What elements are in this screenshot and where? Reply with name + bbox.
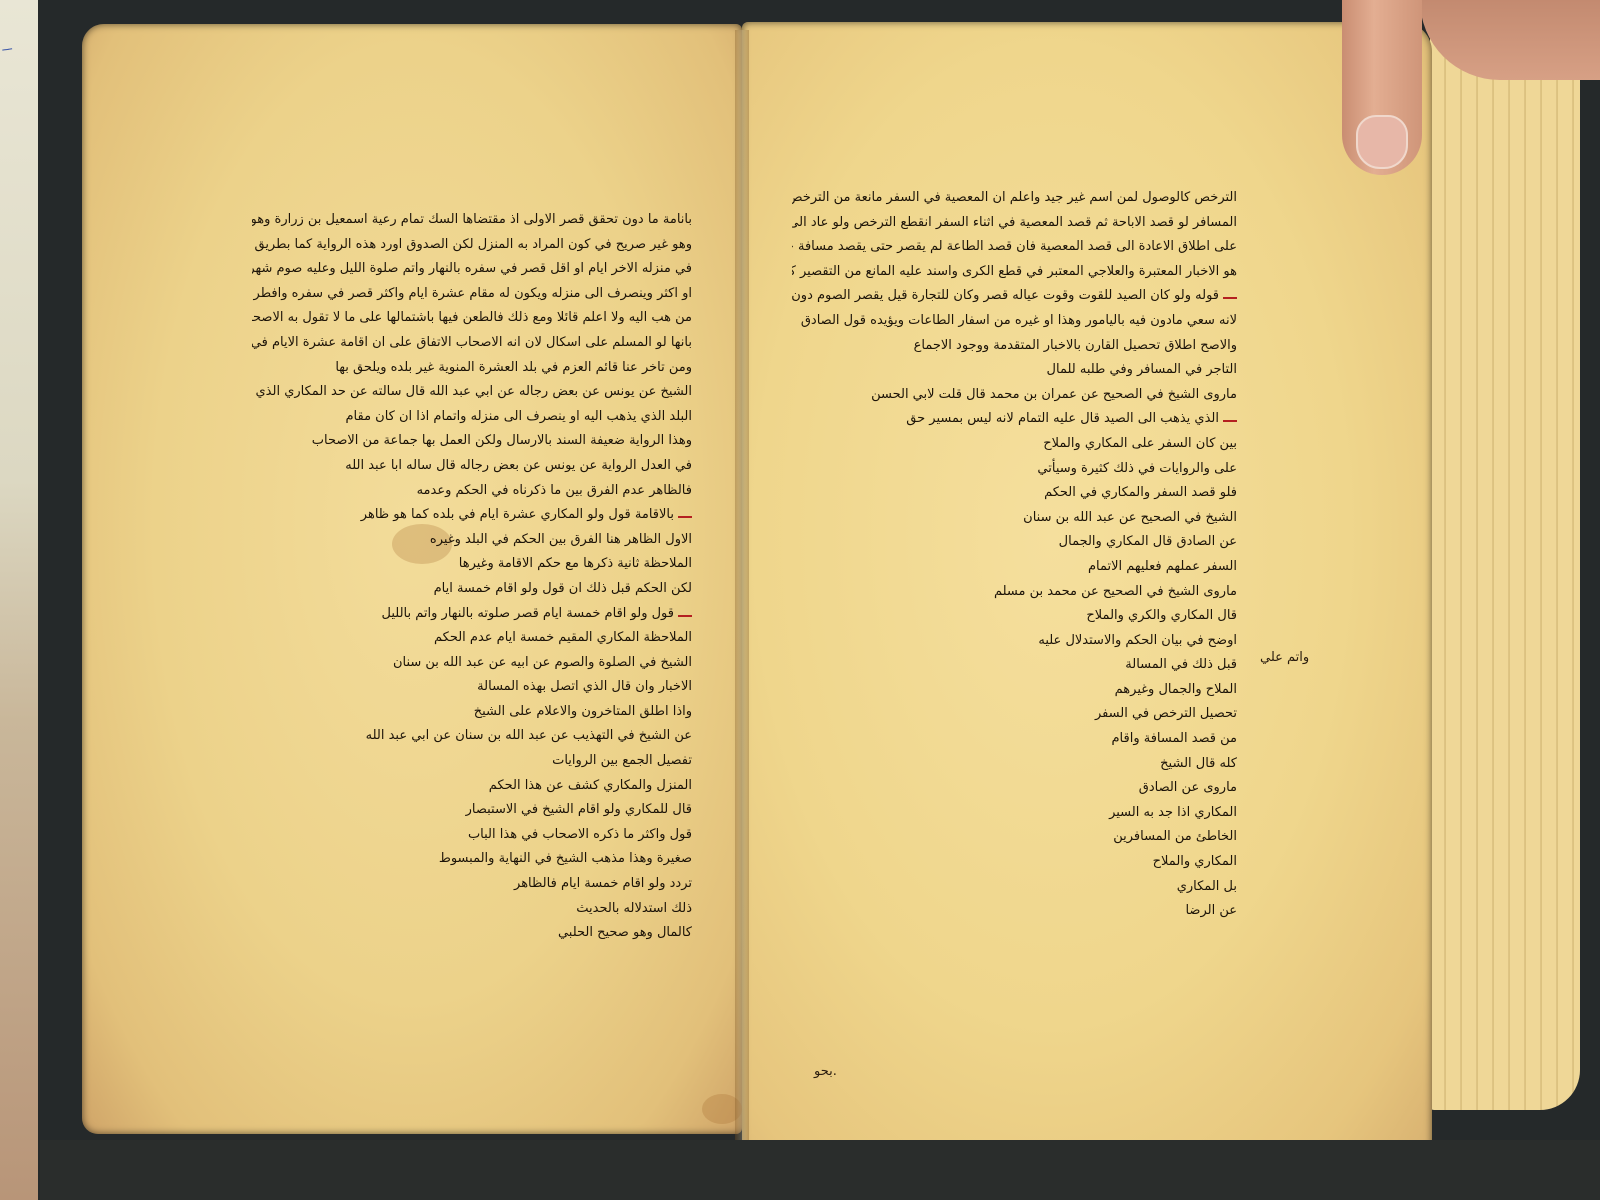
manuscript-line: قول واكثر ما ذكره الاصحاب في هذا الباب xyxy=(252,823,692,848)
manuscript-line: الخاطئ من المسافرين xyxy=(792,825,1237,850)
manuscript-line: عن الرضا xyxy=(792,899,1237,924)
desk-note-handwriting: ـــ xyxy=(1,39,12,53)
manuscript-line: التاجر في المسافر وفي طلبه للمال xyxy=(792,358,1237,383)
manuscript-line: قول ولو اقام خمسة ايام قصر صلوته بالنهار… xyxy=(252,602,692,627)
thumb-holding-page xyxy=(1342,0,1422,175)
manuscript-line: فالظاهر عدم الفرق بين ما ذكرناه في الحكم… xyxy=(252,479,692,504)
manuscript-line: بين كان السفر على المكاري والملاح xyxy=(792,432,1237,457)
manuscript-line: كله قال الشيخ xyxy=(792,752,1237,777)
manuscript-line: على اطلاق الاعادة الى قصد المعصية فان قص… xyxy=(792,235,1237,260)
manuscript-line: الذي يذهب الى الصيد قال عليه التمام لانه… xyxy=(792,407,1237,432)
manuscript-line: عن الشيخ في التهذيب عن عبد الله بن سنان … xyxy=(252,724,692,749)
manuscript-line: الاول الظاهر هنا الفرق بين الحكم في البل… xyxy=(252,528,692,553)
manuscript-line: قبل ذلك في المسالة xyxy=(792,653,1237,678)
manuscript-line: ماروى عن الصادق xyxy=(792,776,1237,801)
right-page-text-block: الترخص كالوصول لمن اسم غير جيد واعلم ان … xyxy=(792,186,1237,973)
manuscript-line: المكاري والملاح xyxy=(792,850,1237,875)
manuscript-line: الشيخ في الصلوة والصوم عن ابيه عن عبد ال… xyxy=(252,651,692,676)
manuscript-line: بل المكاري xyxy=(792,875,1237,900)
manuscript-line: الترخص كالوصول لمن اسم غير جيد واعلم ان … xyxy=(792,186,1237,211)
folio-catchword: .بحو xyxy=(814,1064,837,1079)
manuscript-line: البلد الذي يذهب اليه او ينصرف الى منزله … xyxy=(252,405,692,430)
manuscript-line: بالاقامة قول ولو المكاري عشرة ايام في بل… xyxy=(252,503,692,528)
manuscript-line: المكاري اذا جد به السير xyxy=(792,801,1237,826)
manuscript-line: تردد ولو اقام خمسة ايام فالظاهر xyxy=(252,872,692,897)
manuscript-line: فلو قصد السفر والمكاري في الحكم xyxy=(792,481,1237,506)
desk-paper: ـــ xyxy=(0,0,40,1200)
book-gutter xyxy=(735,30,749,1140)
manuscript-line: هو الاخبار المعتبرة والعلاجي المعتبر في … xyxy=(792,260,1237,285)
left-page: بانامة ما دون تحقق قصر الاولى اذ مقتضاها… xyxy=(82,24,742,1134)
manuscript-line: وهو غير صريح في كون المراد به المنزل لكن… xyxy=(252,233,692,258)
margin-note: واتم علي xyxy=(1260,650,1309,665)
manuscript-line: الملاحظة المكاري المقيم خمسة ايام عدم ال… xyxy=(252,626,692,651)
right-page: الترخص كالوصول لمن اسم غير جيد واعلم ان … xyxy=(742,22,1432,1162)
dark-surface-bottom xyxy=(40,1140,1600,1200)
manuscript-line: الملاح والجمال وغيرهم xyxy=(792,678,1237,703)
manuscript-line: صغيرة وهذا مذهب الشيخ في النهاية والمبسو… xyxy=(252,847,692,872)
manuscript-line: كالمال وهو صحيح الحلبي xyxy=(252,921,692,946)
manuscript-line: لكن الحكم قبل ذلك ان قول ولو اقام خمسة ا… xyxy=(252,577,692,602)
manuscript-line: قال المكاري والكري والملاح xyxy=(792,604,1237,629)
manuscript-line: على والروايات في ذلك كثيرة وسيأتي xyxy=(792,457,1237,482)
manuscript-line: الشيخ في الصحيح عن عبد الله بن سنان xyxy=(792,506,1237,531)
manuscript-line: تفصيل الجمع بين الروايات xyxy=(252,749,692,774)
manuscript-line: المنزل والمكاري كشف عن هذا الحكم xyxy=(252,774,692,799)
manuscript-line: قوله ولو كان الصيد للقوت وقوت عياله قصر … xyxy=(792,284,1237,309)
manuscript-line: لانه سعي مادون فيه باليامور وهذا او غيره… xyxy=(792,309,1237,334)
manuscript-line: ذلك استدلاله بالحديث xyxy=(252,897,692,922)
manuscript-line: الاخبار وان قال الذي اتصل بهذه المسالة xyxy=(252,675,692,700)
manuscript-line xyxy=(252,946,692,971)
manuscript-line: من هب اليه ولا اعلم قائلا ومع ذلك فالطعن… xyxy=(252,306,692,331)
manuscript-line: او اكثر وينصرف الى منزله ويكون له مقام ع… xyxy=(252,282,692,307)
manuscript-line: الشيخ عن يونس عن بعض رجاله عن ابي عبد ال… xyxy=(252,380,692,405)
manuscript-line: بانامة ما دون تحقق قصر الاولى اذ مقتضاها… xyxy=(252,208,692,233)
manuscript-line: واذا اطلق المتاخرون والاعلام على الشيخ xyxy=(252,700,692,725)
left-page-text-block: بانامة ما دون تحقق قصر الاولى اذ مقتضاها… xyxy=(252,208,692,995)
manuscript-line: ماروى الشيخ في الصحيح عن عمران بن محمد ق… xyxy=(792,383,1237,408)
manuscript-line: ومن تاخر عنا قائم العزم في بلد العشرة ال… xyxy=(252,356,692,381)
thumbnail xyxy=(1356,115,1408,169)
manuscript-line: من قصد المسافة واقام xyxy=(792,727,1237,752)
manuscript-line: في العدل الرواية عن يونس عن بعض رجاله قا… xyxy=(252,454,692,479)
manuscript-line: قال للمكاري ولو اقام الشيخ في الاستبصار xyxy=(252,798,692,823)
manuscript-line: السفر عملهم فعليهم الاتمام xyxy=(792,555,1237,580)
manuscript-line: في منزله الاخر ايام او اقل قصر في سفره ب… xyxy=(252,257,692,282)
manuscript-line: ماروى الشيخ في الصحيح عن محمد بن مسلم xyxy=(792,580,1237,605)
manuscript-line: الملاحظة ثانية ذكرها مع حكم الاقامة وغير… xyxy=(252,552,692,577)
page-stack-fore-edge xyxy=(1430,30,1580,1110)
manuscript-line: بانها لو المسلم على اسكال لان انه الاصحا… xyxy=(252,331,692,356)
manuscript-line: والاصح اطلاق تحصيل القارن بالاخبار المتق… xyxy=(792,334,1237,359)
manuscript-line xyxy=(792,948,1237,973)
manuscript-line xyxy=(252,970,692,995)
manuscript-line: عن الصادق قال المكاري والجمال xyxy=(792,530,1237,555)
manuscript-line: تحصيل الترخص في السفر xyxy=(792,702,1237,727)
manuscript-line: اوضح في بيان الحكم والاستدلال عليه xyxy=(792,629,1237,654)
manuscript-line xyxy=(792,924,1237,949)
manuscript-line: المسافر لو قصد الاباحة ثم قصد المعصية في… xyxy=(792,211,1237,236)
manuscript-line: وهذا الرواية ضعيفة السند بالارسال ولكن ا… xyxy=(252,429,692,454)
